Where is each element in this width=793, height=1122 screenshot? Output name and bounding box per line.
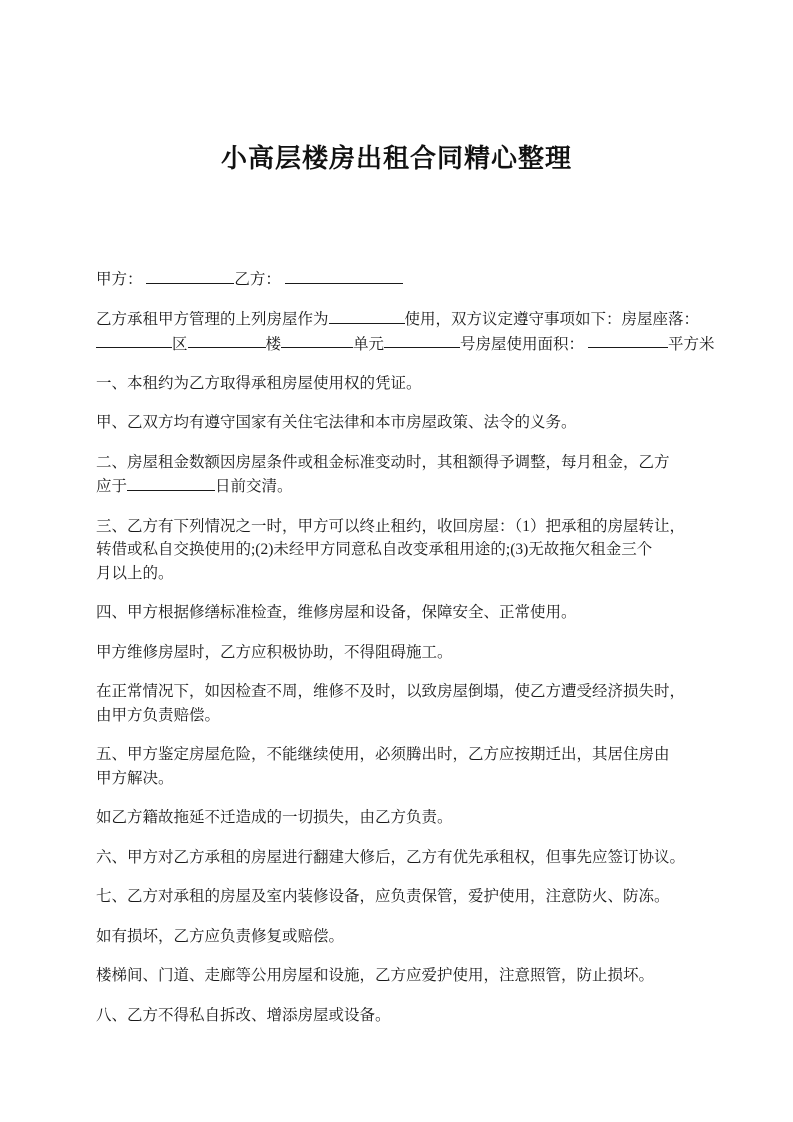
clause-6: 六、甲方对乙方承租的房屋进行翻建大修后，乙方有优先承租权，但事先应签订协议。 [96,846,716,870]
text-line: 甲方维修房屋时，乙方应积极协助，不得阻碍施工。 [96,641,716,665]
maintenance-cooperation: 甲方维修房屋时，乙方应积极协助，不得阻碍施工。 [96,641,716,665]
text-run: 转借或私自交换使用的;(2)未经甲方同意私自改变承租用途的;(3)无故拖欠租金三… [96,541,652,558]
text-line: 在正常情况下，如因检查不周，维修不及时，以致房屋倒塌，使乙方遭受经济损失时， [96,680,716,704]
clause-4: 四、甲方根据修缮标准检查，维修房屋和设备，保障安全、正常使用。 [96,601,716,625]
text-line: 五、甲方鉴定房屋危险，不能继续使用，必须腾出时，乙方应按期迁出，其居住房由 [96,743,716,767]
parties-line: 甲方： 乙方： [96,267,716,291]
fill-in-blank [588,332,668,349]
damage-liability: 在正常情况下，如因检查不周，维修不及时，以致房屋倒塌，使乙方遭受经济损失时，由甲… [96,680,716,727]
text-line: 二、房屋租金数额因房屋条件或租金标准变动时，其租额得予调整，每月租金，乙方 [96,451,716,475]
text-run: 号房屋使用面积： [460,335,588,352]
text-line: 乙方承租甲方管理的上列房屋作为使用，双方议定遵守事项如下：房屋座落： [96,307,716,331]
common-areas: 楼梯间、门道、走廊等公用房屋和设施，乙方应爱护使用，注意照管，防止损坏。 [96,964,716,988]
text-line: 月以上的。 [96,562,716,586]
text-run: 四、甲方根据修缮标准检查，维修房屋和设备，保障安全、正常使用。 [96,604,577,621]
text-line: 应于日前交清。 [96,474,716,498]
text-line: 甲、乙双方均有遵守国家有关住宅法律和本市房屋政策、法令的义务。 [96,411,716,435]
text-run: 甲方解决。 [96,770,174,787]
text-line: 转借或私自交换使用的;(2)未经甲方同意私自改变承租用途的;(3)无故拖欠租金三… [96,538,716,562]
text-line: 甲方解决。 [96,767,716,791]
fill-in-blank [285,267,403,284]
fill-in-blank [384,332,460,349]
delay-liability: 如乙方籍故拖延不迁造成的一切损失，由乙方负责。 [96,806,716,830]
text-run: 八、乙方不得私自拆改、增添房屋或设备。 [96,1007,391,1024]
text-run: 如乙方籍故拖延不迁造成的一切损失，由乙方负责。 [96,809,453,826]
text-line: 七、乙方对承租的房屋及室内装修设备，应负责保管，爱护使用，注意防火、防冻。 [96,885,716,909]
text-run: 日前交清。 [215,478,293,495]
text-line: 由甲方负责赔偿。 [96,704,716,728]
text-run: 月以上的。 [96,565,174,582]
document-title: 小高层楼房出租合同精心整理 [0,138,793,175]
text-run: 楼 [266,335,282,352]
clause-8: 八、乙方不得私自拆改、增添房屋或设备。 [96,1004,716,1028]
text-run: 五、甲方鉴定房屋危险，不能继续使用，必须腾出时，乙方应按期迁出，其居住房由 [96,746,670,763]
text-line: 区楼单元号房屋使用面积： 平方米 [96,332,716,356]
text-run: 使用，双方议定遵守事项如下：房屋座落： [405,311,700,328]
clause-2: 二、房屋租金数额因房屋条件或租金标准变动时，其租额得予调整，每月租金，乙方应于日… [96,451,716,499]
text-run: 区 [172,335,188,352]
damage-repair: 如有损坏，乙方应负责修复或赔偿。 [96,925,716,949]
text-run: 甲方维修房屋时，乙方应积极协助，不得阻碍施工。 [96,644,453,661]
fill-in-blank [281,332,353,349]
premises-clause: 乙方承租甲方管理的上列房屋作为使用，双方议定遵守事项如下：房屋座落：区楼单元号房… [96,307,716,356]
text-line: 八、乙方不得私自拆改、增添房屋或设备。 [96,1004,716,1028]
clause-1: 一、本租约为乙方取得承租房屋使用权的凭证。 [96,372,716,396]
text-line: 四、甲方根据修缮标准检查，维修房屋和设备，保障安全、正常使用。 [96,601,716,625]
text-run: 七、乙方对承租的房屋及室内装修设备，应负责保管，爱护使用，注意防火、防冻。 [96,888,670,905]
fill-in-blank [188,332,266,349]
text-run: 一、本租约为乙方取得承租房屋使用权的凭证。 [96,375,422,392]
clause-5: 五、甲方鉴定房屋危险，不能继续使用，必须腾出时，乙方应按期迁出，其居住房由甲方解… [96,743,716,790]
fill-in-blank [127,474,215,491]
text-line: 如乙方籍故拖延不迁造成的一切损失，由乙方负责。 [96,806,716,830]
text-run: 平方米 [668,335,715,352]
fill-in-blank [329,307,405,324]
text-run: 如有损坏，乙方应负责修复或赔偿。 [96,928,344,945]
text-line: 三、乙方有下列情况之一时，甲方可以终止租约，收回房屋：（1）把承租的房屋转让， [96,515,716,539]
text-run: 甲方： [96,271,146,288]
text-line: 六、甲方对乙方承租的房屋进行翻建大修后，乙方有优先承租权，但事先应签订协议。 [96,846,716,870]
text-line: 一、本租约为乙方取得承租房屋使用权的凭证。 [96,372,716,396]
clause-3: 三、乙方有下列情况之一时，甲方可以终止租约，收回房屋：（1）把承租的房屋转让，转… [96,515,716,586]
text-run: 二、房屋租金数额因房屋条件或租金标准变动时，其租额得予调整，每月租金，乙方 [96,454,670,471]
clause-7: 七、乙方对承租的房屋及室内装修设备，应负责保管，爱护使用，注意防火、防冻。 [96,885,716,909]
text-run: 应于 [96,478,127,495]
text-run: 由甲方负责赔偿。 [96,707,220,724]
obligations-line: 甲、乙双方均有遵守国家有关住宅法律和本市房屋政策、法令的义务。 [96,411,716,435]
text-run: 楼梯间、门道、走廊等公用房屋和设施，乙方应爱护使用，注意照管，防止损坏。 [96,967,654,984]
text-line: 如有损坏，乙方应负责修复或赔偿。 [96,925,716,949]
document-body: 甲方： 乙方： 乙方承租甲方管理的上列房屋作为使用，双方议定遵守事项如下：房屋座… [96,267,716,1027]
fill-in-blank [96,332,172,349]
text-line: 楼梯间、门道、走廊等公用房屋和设施，乙方应爱护使用，注意照管，防止损坏。 [96,964,716,988]
text-run: 甲、乙双方均有遵守国家有关住宅法律和本市房屋政策、法令的义务。 [96,414,577,431]
fill-in-blank [146,267,234,284]
text-run: 在正常情况下，如因检查不周，维修不及时，以致房屋倒塌，使乙方遭受经济损失时， [96,683,685,700]
text-run: 单元 [353,335,384,352]
document-page: 小高层楼房出租合同精心整理 甲方： 乙方： 乙方承租甲方管理的上列房屋作为使用，… [0,0,793,1122]
text-run: 乙方： [234,271,284,288]
text-run: 三、乙方有下列情况之一时，甲方可以终止租约，收回房屋：（1）把承租的房屋转让， [96,518,685,535]
text-run: 乙方承租甲方管理的上列房屋作为 [96,311,329,328]
text-run: 六、甲方对乙方承租的房屋进行翻建大修后，乙方有优先承租权，但事先应签订协议。 [96,849,685,866]
text-line: 甲方： 乙方： [96,267,716,291]
